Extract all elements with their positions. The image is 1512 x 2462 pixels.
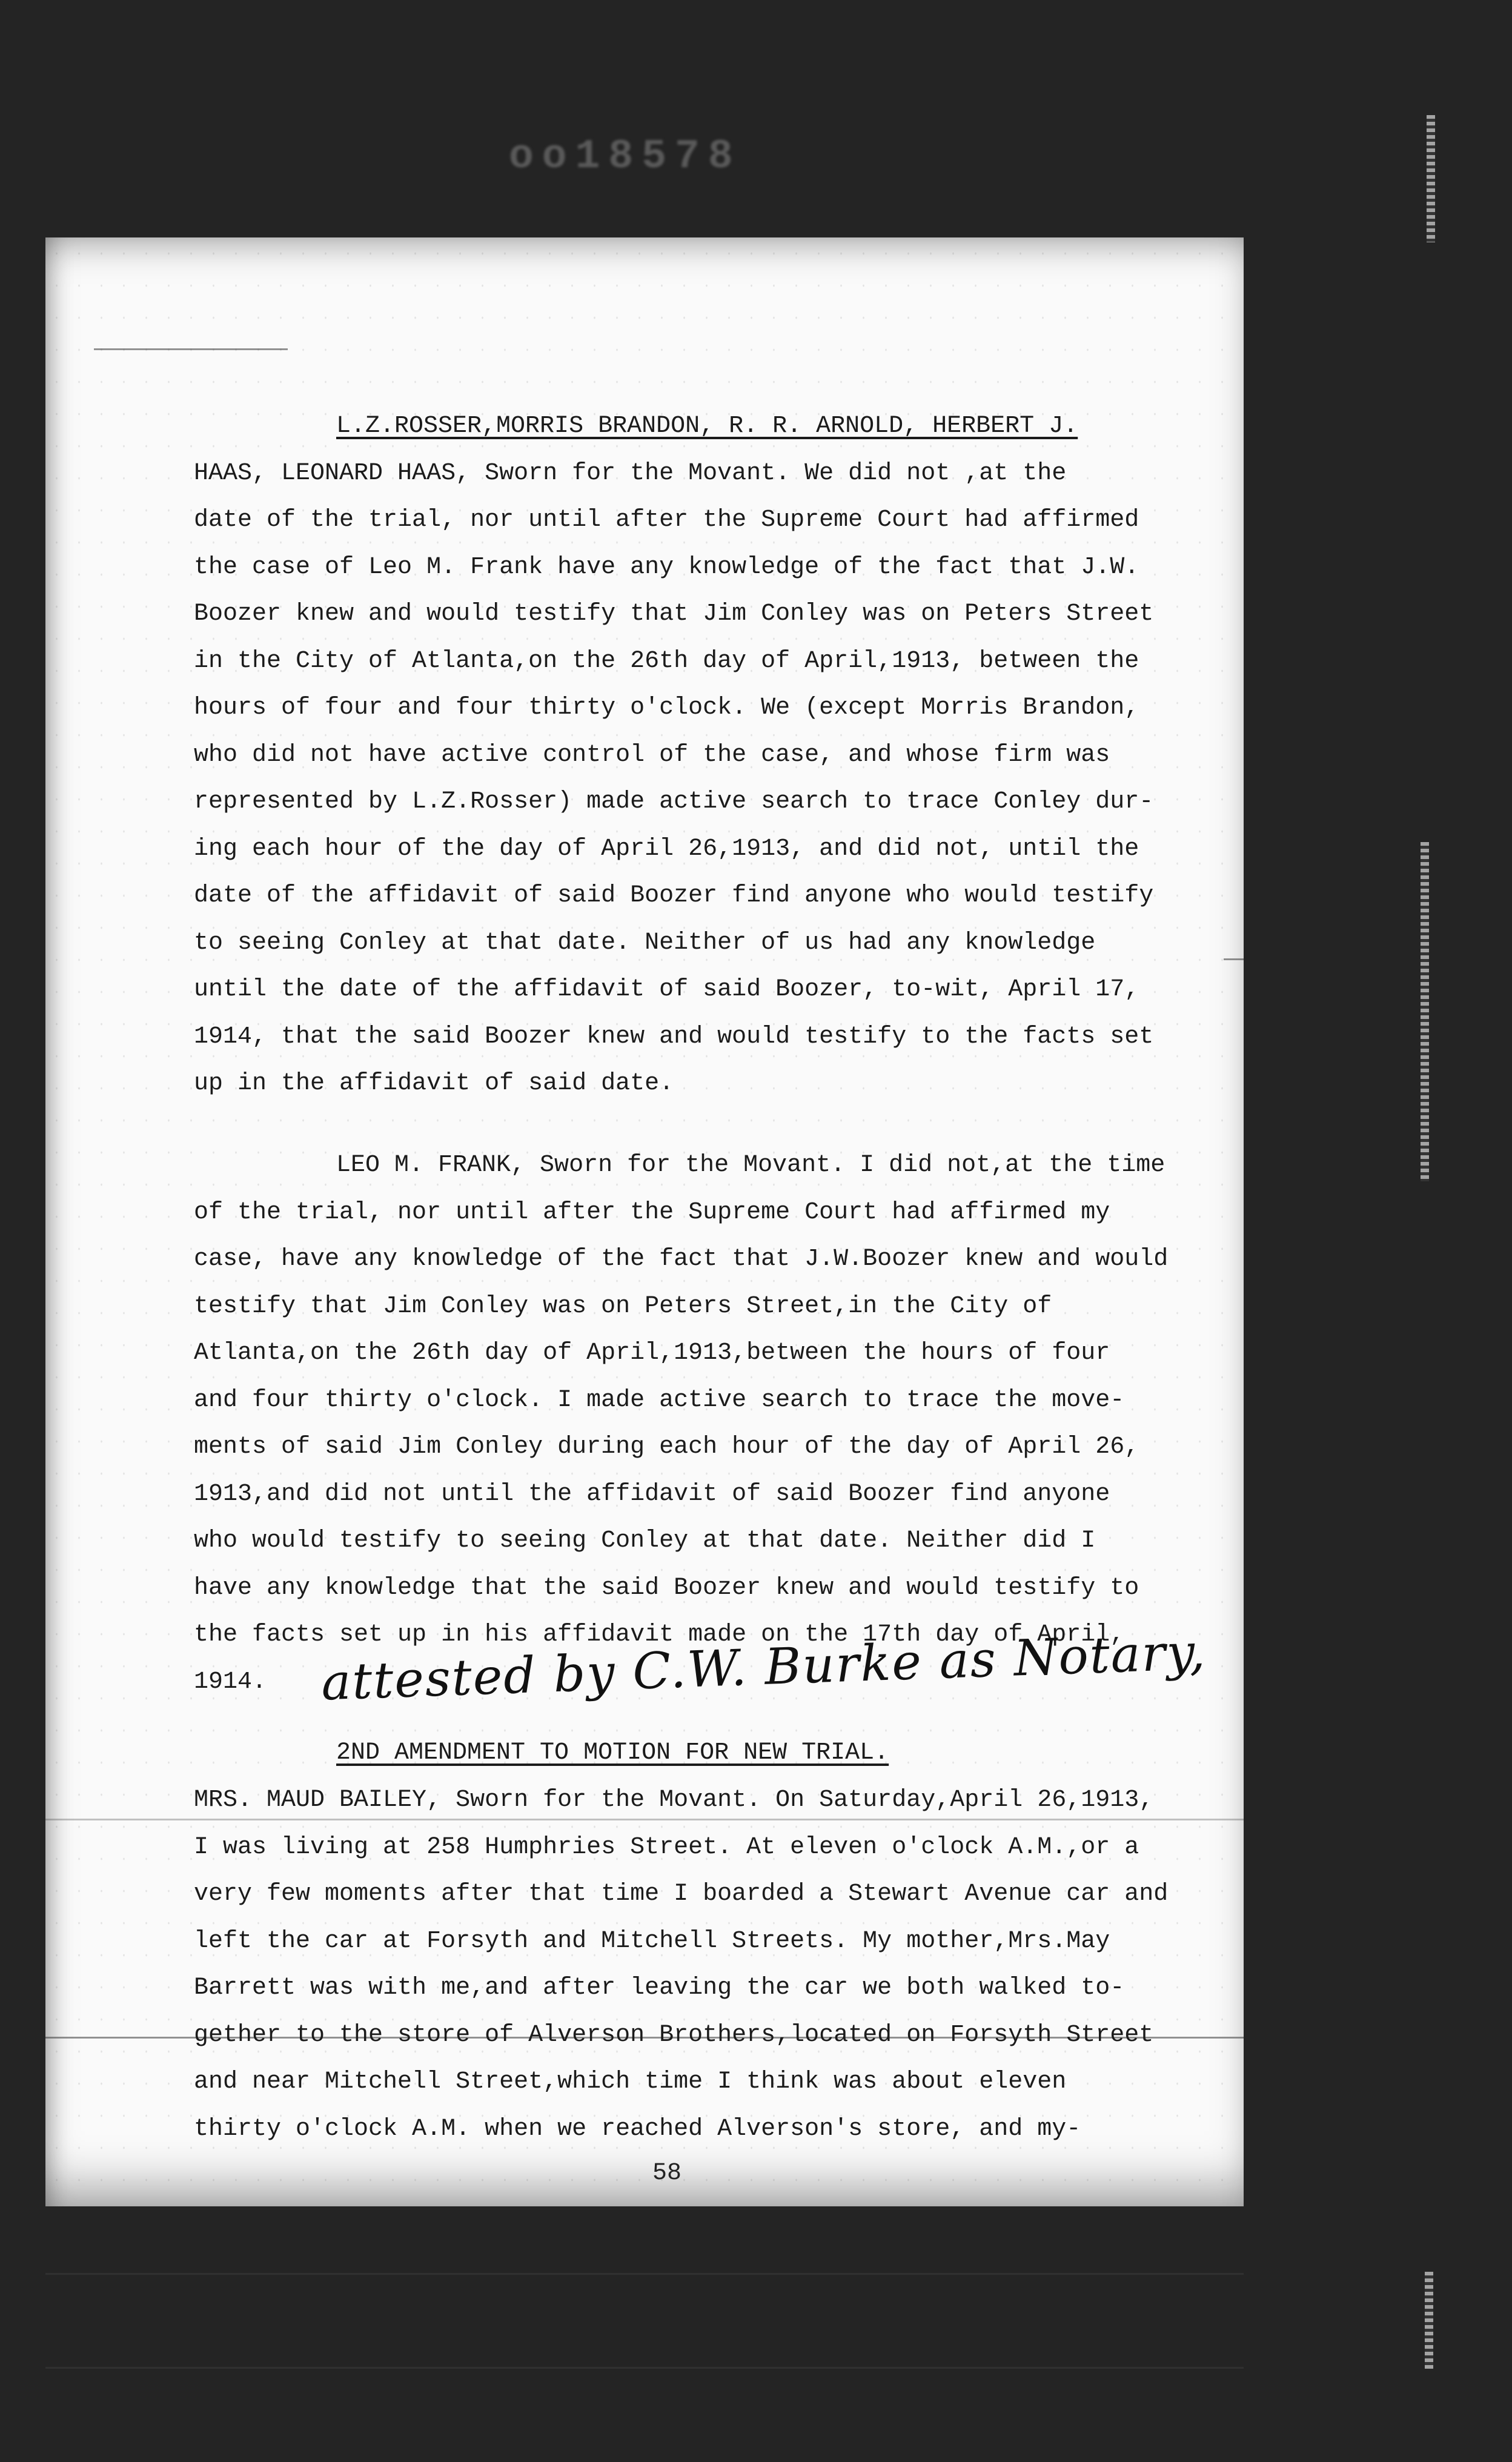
text-line: gether to the store of Alverson Brothers… — [194, 2012, 1187, 2059]
text-line: LEO M. FRANK, Sworn for the Movant. I di… — [194, 1142, 1187, 1189]
text-line: MRS. MAUD BAILEY, Sworn for the Movant. … — [194, 1777, 1187, 1824]
text-line: I was living at 258 Humphries Street. At… — [194, 1824, 1187, 1871]
ruled-line — [45, 2367, 1244, 2369]
text-line: very few moments after that time I board… — [194, 1871, 1187, 1918]
text-line: have any knowledge that the said Boozer … — [194, 1565, 1187, 1612]
text-line: who did not have active control of the c… — [194, 732, 1187, 779]
text-line: ing each hour of the day of April 26,191… — [194, 826, 1187, 873]
ruled-line — [94, 348, 288, 350]
text-line: until the date of the affidavit of said … — [194, 966, 1187, 1014]
microfilm-reel-marker: oo18578 — [509, 133, 741, 180]
text-line: Boozer knew and would testify that Jim C… — [194, 591, 1187, 638]
text-line: to seeing Conley at that date. Neither o… — [194, 920, 1187, 967]
text-line: L.Z.ROSSER,MORRIS BRANDON, R. R. ARNOLD,… — [194, 403, 1187, 450]
text-line: date of the trial, nor until after the S… — [194, 497, 1187, 544]
text-line: HAAS, LEONARD HAAS, Sworn for the Movant… — [194, 450, 1187, 497]
text-line: the case of Leo M. Frank have any knowle… — [194, 544, 1187, 591]
film-edge-strip — [1421, 842, 1429, 1181]
text-line: case, have any knowledge of the fact tha… — [194, 1236, 1187, 1283]
section-heading-block: 2ND AMENDMENT TO MOTION FOR NEW TRIAL. — [194, 1730, 1187, 1777]
text-line: hours of four and four thirty o'clock. W… — [194, 685, 1187, 732]
text-line: thirty o'clock A.M. when we reached Alve… — [194, 2106, 1187, 2153]
ruled-line — [45, 2273, 1244, 2275]
text-line: of the trial, nor until after the Suprem… — [194, 1189, 1187, 1236]
affidavit-text: L.Z.ROSSER,MORRIS BRANDON, R. R. ARNOLD,… — [194, 403, 1187, 1107]
text-line: testify that Jim Conley was on Peters St… — [194, 1283, 1187, 1330]
text-line: ments of said Jim Conley during each hou… — [194, 1424, 1187, 1471]
page-number: 58 — [652, 2160, 681, 2187]
text-line: 2ND AMENDMENT TO MOTION FOR NEW TRIAL. — [194, 1730, 1187, 1777]
film-edge-strip — [1427, 115, 1435, 242]
text-line: left the car at Forsyth and Mitchell Str… — [194, 1918, 1187, 1965]
text-line: in the City of Atlanta,on the 26th day o… — [194, 638, 1187, 685]
film-edge-strip — [1425, 2272, 1433, 2369]
text-line: and four thirty o'clock. I made active s… — [194, 1377, 1187, 1424]
text-line: date of the affidavit of said Boozer fin… — [194, 872, 1187, 920]
text-line: up in the affidavit of said date. — [194, 1060, 1187, 1107]
frank-affidavit-text: LEO M. FRANK, Sworn for the Movant. I di… — [194, 1142, 1187, 1705]
text-line: Barrett was with me,and after leaving th… — [194, 1965, 1187, 2012]
text-line: represented by L.Z.Rosser) made active s… — [194, 778, 1187, 826]
text-line: 1914, that the said Boozer knew and woul… — [194, 1014, 1187, 1061]
amendment-heading: 2ND AMENDMENT TO MOTION FOR NEW TRIAL. — [336, 1739, 889, 1767]
text-line: 1913,and did not until the affidavit of … — [194, 1471, 1187, 1518]
bailey-affidavit-text: MRS. MAUD BAILEY, Sworn for the Movant. … — [194, 1777, 1187, 2152]
text-line: Atlanta,on the 26th day of April,1913,be… — [194, 1330, 1187, 1377]
text-line: who would testify to seeing Conley at th… — [194, 1518, 1187, 1565]
witnesses-heading: L.Z.ROSSER,MORRIS BRANDON, R. R. ARNOLD,… — [336, 413, 1078, 440]
ruled-line — [1224, 958, 1244, 960]
text-line: and near Mitchell Street,which time I th… — [194, 2059, 1187, 2106]
